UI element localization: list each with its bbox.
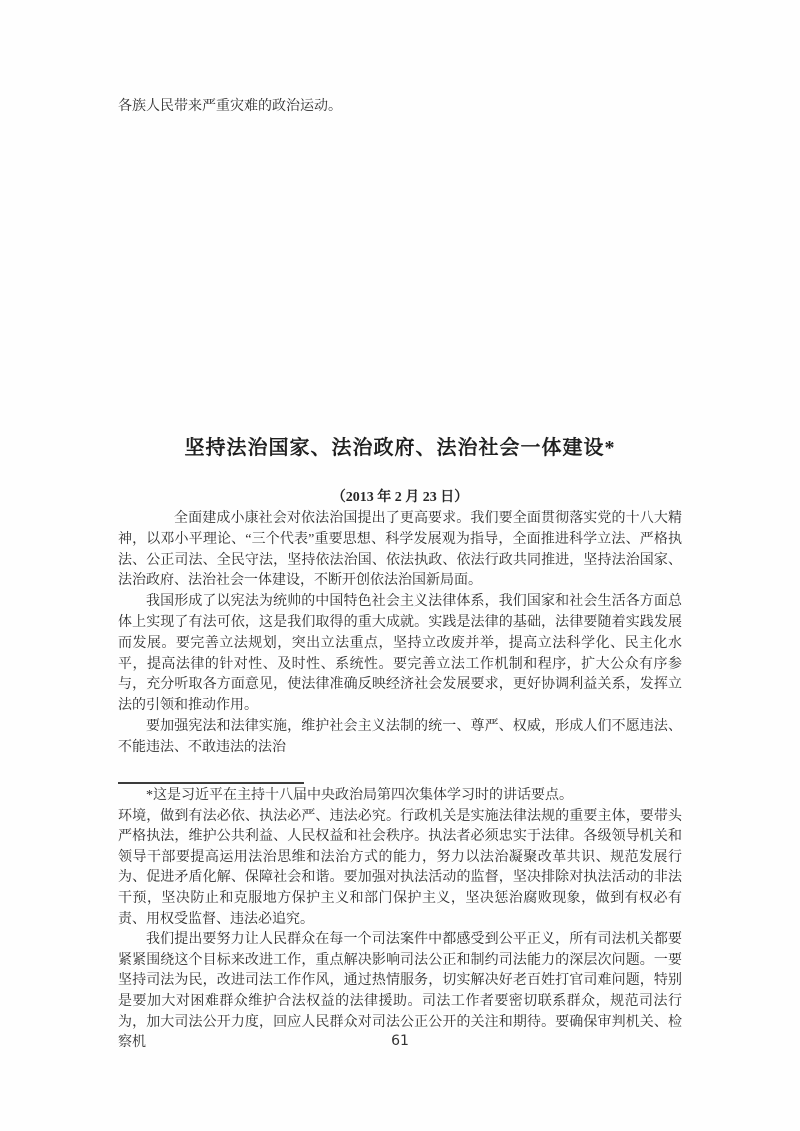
body-paragraph-1: 全面建成小康社会对依法治国提出了更高要求。我们要全面贯彻落实党的十八大精神，以邓… — [118, 509, 682, 592]
article-title: 坚持法治国家、法治政府、法治社会一体建设* — [0, 431, 800, 460]
footnote-continuation-text: 环境，做到有法必依、执法必严、违法必究。行政机关是实施法律法规的重要主体，要带头… — [118, 807, 682, 931]
article-date: （2013 年 2 月 23 日） — [0, 486, 800, 506]
footnote-separator-line — [118, 782, 304, 784]
document-page: 各族人民带来严重灾难的政治运动。 坚持法治国家、法治政府、法治社会一体建设* （… — [0, 0, 800, 1131]
page-number: 61 — [0, 1033, 800, 1049]
previous-paragraph-fragment: 各族人民带来严重灾难的政治运动。 — [118, 97, 682, 117]
body-paragraph-3: 要加强宪法和法律实施，维护社会主义法制的统一、尊严、权威，形成人们不愿违法、不能… — [118, 717, 682, 759]
article-body: 全面建成小康社会对依法治国提出了更高要求。我们要全面贯彻落实党的十八大精神，以邓… — [118, 509, 682, 759]
footnote-source-note: *这是习近平在主持十八届中央政治局第四次集体学习时的讲话要点。 — [118, 786, 682, 807]
body-paragraph-2: 我国形成了以宪法为统帅的中国特色社会主义法律体系，我们国家和社会生活各方面总体上… — [118, 592, 682, 717]
footnote-area: *这是习近平在主持十八届中央政治局第四次集体学习时的讲话要点。 环境，做到有法必… — [118, 786, 682, 1054]
